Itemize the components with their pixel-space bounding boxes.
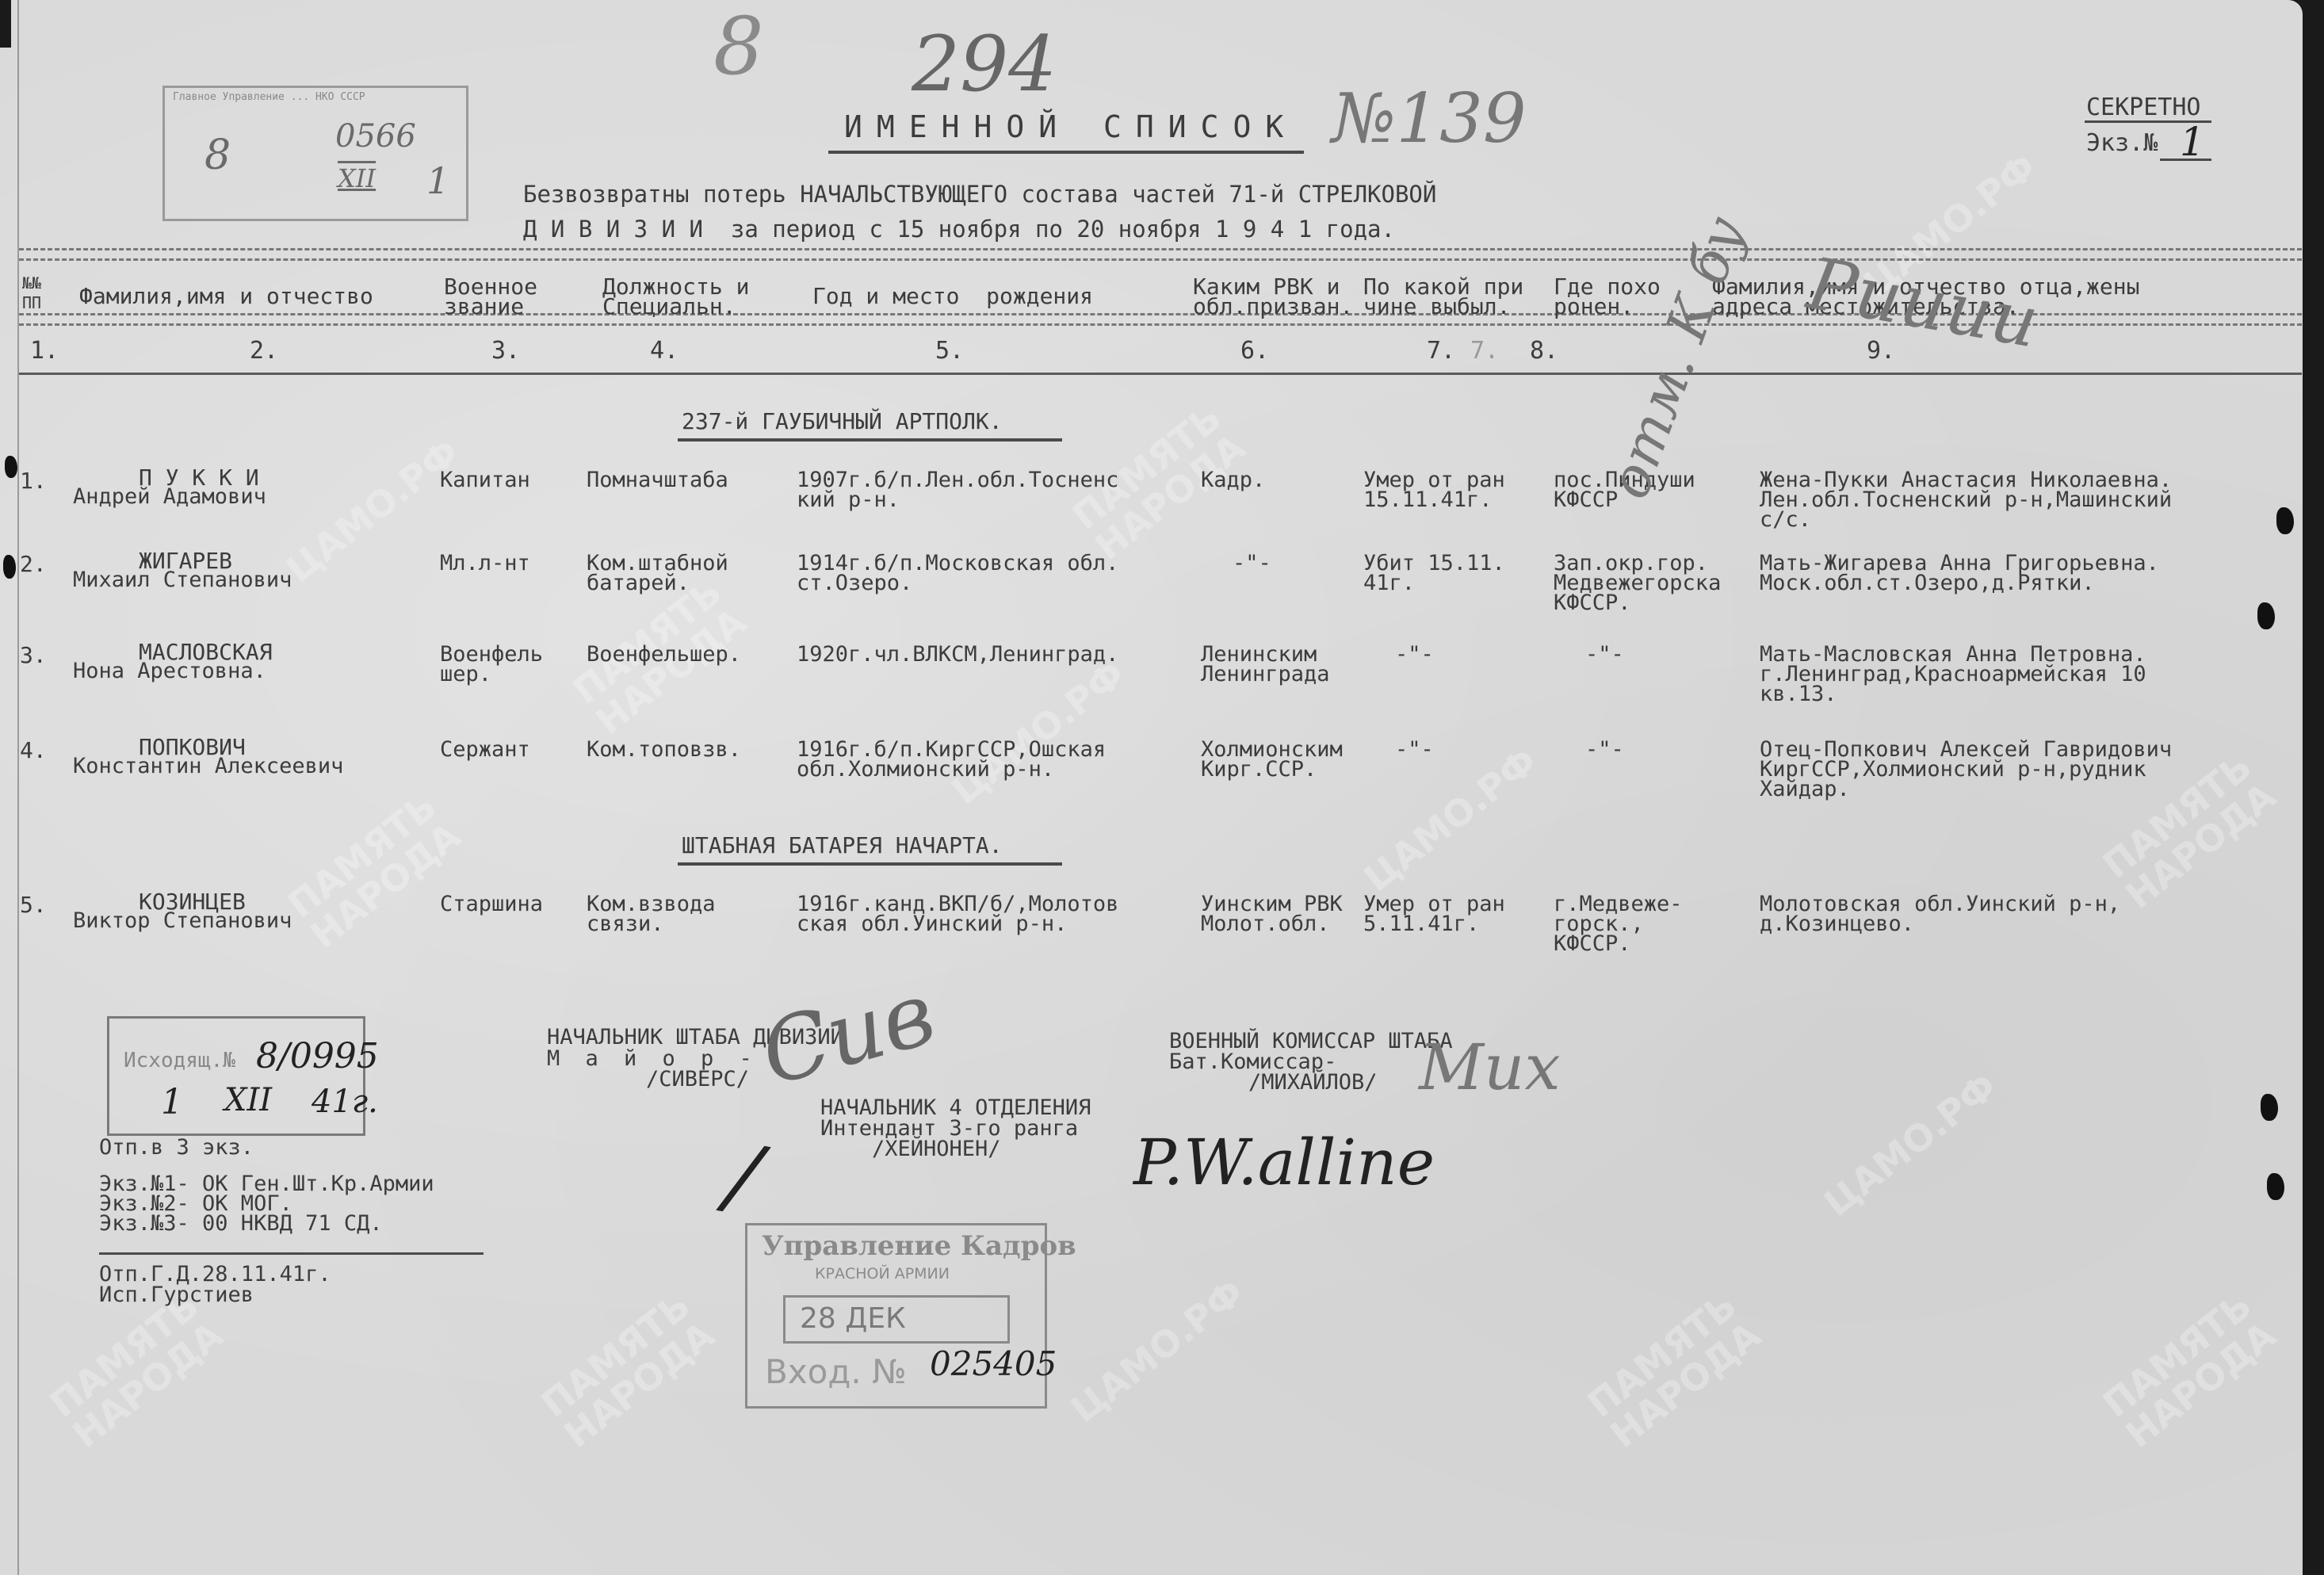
section-title: ШТАБНАЯ БАТАРЕЯ НАЧАРТА. [682,832,1003,858]
first-patronymic: Михаил Степанович [73,568,292,592]
column-header: обл.призван. [1193,293,1353,319]
position-cell: батарей. [587,571,690,595]
birth-cell: обл.Холмионский р-н. [797,757,1054,782]
column-header: Фамилия,имя и отчество [79,283,373,309]
signer-2-name: /ХЕЙНОНЕН/ [872,1137,1001,1161]
rank: Капитан [440,468,530,492]
punch-hole [2267,1173,2284,1200]
signer-3-name: /МИХАЙЛОВ/ [1248,1070,1378,1095]
birth-cell: ская обл.Уинский р-н. [797,912,1067,936]
column-number: 6. [1240,337,1269,365]
handwritten-page-number: 294 [912,20,1057,109]
reason-cell: -"- [1395,642,1434,667]
row-number: 4. [20,737,47,763]
buried-cell: КФССР. [1554,931,1631,956]
signer-3-signature: Мих [1419,1030,1561,1104]
first-patronymic: Андрей Адамович [73,484,266,509]
relatives-cell: Хайдар. [1760,777,1850,801]
buried-cell: -"- [1585,737,1624,762]
header-rule-top [19,248,2302,261]
receipt-date-box: 28 ДЕК [783,1295,1010,1344]
receipt-stamp: Управление Кадров КРАСНОЙ АРМИИ 28 ДЕК В… [745,1223,1047,1409]
punch-hole [2276,507,2294,534]
rank: шер. [440,662,491,686]
column-header: Год и место рождения [812,283,1093,309]
birth-cell: 1920г.чл.ВЛКСМ,Ленинград. [797,642,1118,667]
rank: Сержант [440,737,530,762]
punch-hole [5,456,17,478]
relatives-cell: с/с. [1760,507,1811,532]
reason-cell: 5.11.41г. [1363,912,1479,936]
position-cell: Военфельшер. [587,642,741,667]
rvk-cell: -"- [1233,551,1271,575]
column-header: чине выбыл. [1363,293,1510,319]
title-underline [828,151,1304,154]
rank: Старшина [440,892,543,916]
row-number: 5. [20,892,47,918]
receiver-signature: P.W.alline [1133,1126,1435,1199]
subtitle-line-1: Безвозвратны потерь НАЧАЛЬСТВУЮЩЕГО сост… [523,181,1436,208]
reason-cell: 15.11.41г. [1363,487,1493,512]
relatives-cell: д.Козинцево. [1760,912,1914,936]
section-title: 237-й ГАУБИЧНЫЙ АРТПОЛК. [682,408,1003,434]
birth-cell: кий р-н. [797,487,900,512]
outgoing-stamp: Исходящ.№ 8/0995 1 XII 41г. [107,1016,365,1136]
column-number: 7. [1427,337,1455,365]
executor-line: Исп.Гурстиев [99,1283,254,1307]
column-header: звание [444,293,524,319]
handwritten-sheet-number: 8 [713,0,764,93]
punch-hole [2257,602,2275,629]
punch-hole [3,555,16,579]
rvk-cell: Кирг.ССР. [1201,757,1317,782]
column-number: 8. [1530,337,1558,365]
relatives-cell: Лен.обл.Тосненский р-н,Машинский [1760,487,2172,512]
column-header: ПП [22,293,41,312]
column-number: 5. [935,337,964,365]
column-number: 3. [491,337,520,365]
reason-cell: 41г. [1363,571,1415,595]
secret-label: СЕКРЕТНО [2086,94,2201,121]
section-underline [678,438,1062,442]
column-number: 7. [1470,337,1499,365]
document-title: ИМЕННОЙ СПИСОК [844,109,1298,144]
column-header: Специальн. [602,293,736,319]
buried-cell: -"- [1585,642,1624,667]
rvk-cell: Кадр. [1201,468,1265,492]
subtitle-line-2: Д И В И З И И за период с 15 ноября по 2… [523,216,1395,243]
first-patronymic: Нона Арестовна. [73,659,266,683]
column-number: 4. [650,337,678,365]
column-number: 2. [250,337,278,365]
handwritten-list-number: №139 [1332,79,1527,159]
section-underline [678,862,1062,866]
row-number: 3. [20,642,47,668]
punch-hole [2261,1094,2278,1121]
relatives-cell: кв.13. [1760,682,1837,706]
column-number: 9. [1867,337,1895,365]
position-cell: Ком.топовзв. [587,737,741,762]
column-number: 1. [30,337,59,365]
first-patronymic: Константин Алексеевич [73,754,343,778]
rvk-cell: Ленинграда [1201,662,1330,686]
reason-cell: -"- [1395,737,1434,762]
position-cell: Помначштаба [587,468,728,492]
distribution-line: Отп.в 3 экз. [99,1135,254,1160]
relatives-cell: Моск.обл.ст.Озеро,д.Рятки. [1760,571,2095,595]
signer-1-name: /СИВЕРС/ [646,1067,749,1091]
distribution-line: Экз.№3- 00 НКВД 71 СД. [99,1211,383,1236]
birth-cell: ст.Озеро. [797,571,912,595]
margin-line [17,0,19,1575]
column-header: №№ [22,273,41,292]
row-number: 2. [20,551,47,577]
copy-underline [2160,159,2211,161]
rvk-cell: Молот.обл. [1201,912,1330,936]
copy-label: Экз.№ [2086,129,2158,157]
buried-cell: КФССР [1554,487,1618,512]
archive-stamp: Главное Управление ... НКО СССР 8 0566 X… [162,86,468,221]
row-number: 1. [20,468,47,494]
column-header: ронен. [1554,293,1634,319]
column-number-rule [19,373,2302,375]
rank: Мл.л-нт [440,551,530,575]
distribution-rule [99,1252,484,1255]
first-patronymic: Виктор Степанович [73,908,292,933]
position-cell: связи. [587,912,664,936]
scan-edge [0,0,11,48]
buried-cell: КФССР. [1554,591,1631,615]
